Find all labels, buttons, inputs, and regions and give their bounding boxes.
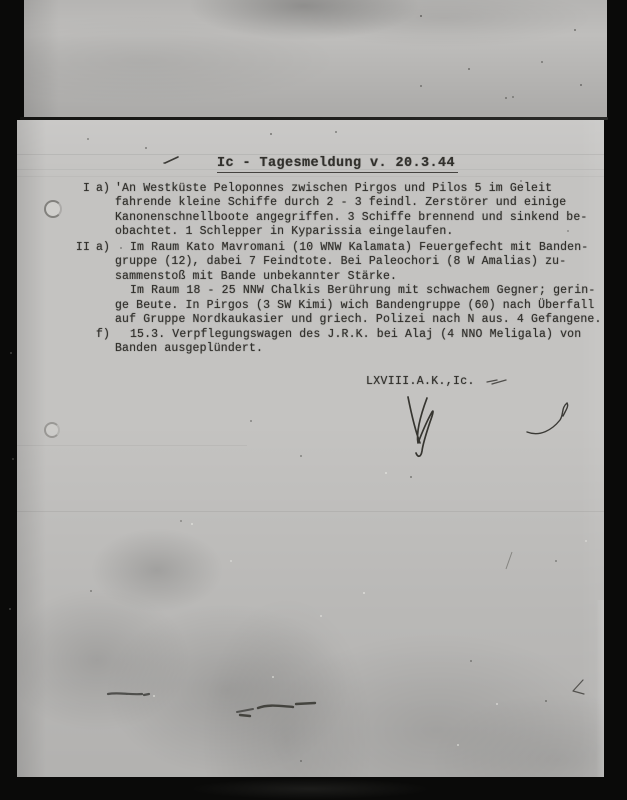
paper-specks-dark: [420, 15, 422, 17]
report-line: Kanonenschnellboote angegriffen. 3 Schif…: [115, 211, 617, 225]
report-line: Banden ausgeplündert.: [115, 342, 617, 356]
section-numeral: I: [60, 182, 90, 196]
report-line: obachtet. 1 Schlepper in Kyparissia eing…: [115, 225, 617, 239]
section-letter: f): [96, 328, 110, 342]
paper-crease: [17, 511, 604, 512]
punch-hole-bottom: [44, 422, 60, 438]
report-section: f)15.3. Verpflegungswagen des J.R.K. bei…: [0, 328, 627, 357]
report-line: 15.3. Verpflegungswagen des J.R.K. bei A…: [115, 328, 617, 342]
report-line: auf Gruppe Nordkaukasier und griech. Pol…: [115, 313, 617, 327]
section-lines: Im Raum Kato Mavromani (10 WNW Kalamata)…: [115, 241, 617, 327]
paper-crease: [17, 445, 247, 446]
section-lines: 'An Westküste Peloponnes zwischen Pirgos…: [115, 182, 617, 240]
report-line: Im Raum 18 - 25 NNW Chalkis Berührung mi…: [115, 284, 617, 298]
report-title: Ic - Tagesmeldung v. 20.3.44: [217, 156, 458, 173]
report-section: IIa)Im Raum Kato Mavromani (10 WNW Kalam…: [0, 241, 627, 327]
report-line: sammenstoß mit Bande unbekannter Stärke.: [115, 270, 617, 284]
section-numeral: II: [60, 241, 90, 255]
report-line: Im Raum Kato Mavromani (10 WNW Kalamata)…: [115, 241, 617, 255]
report-section: Ia)'An Westküste Peloponnes zwischen Pir…: [0, 182, 627, 240]
report-line: ge Beute. In Pirgos (3 SW Kimi) wich Ban…: [115, 299, 617, 313]
report-line: gruppe (12), dabei 7 Feindtote. Bei Pale…: [115, 255, 617, 269]
overlapping-page-edge: [24, 0, 607, 117]
scanner-bottom-haze: [150, 778, 470, 800]
unit-signoff: LXVIII.A.K.,Ic.: [366, 375, 475, 388]
scanned-document: Ic - Tagesmeldung v. 20.3.44 Ia)'An West…: [0, 0, 627, 800]
paper-crease: [17, 154, 604, 155]
paper-specks-light: [385, 472, 387, 474]
section-letter: a): [96, 182, 110, 196]
page-right-edge-highlight: [596, 600, 604, 777]
section-lines: 15.3. Verpflegungswagen des J.R.K. bei A…: [115, 328, 617, 357]
paper-crease: [17, 176, 604, 177]
section-letter: a): [96, 241, 110, 255]
report-line: 'An Westküste Peloponnes zwischen Pirgos…: [115, 182, 617, 196]
report-line: fahrende kleine Schiffe durch 2 - 3 fein…: [115, 196, 617, 210]
